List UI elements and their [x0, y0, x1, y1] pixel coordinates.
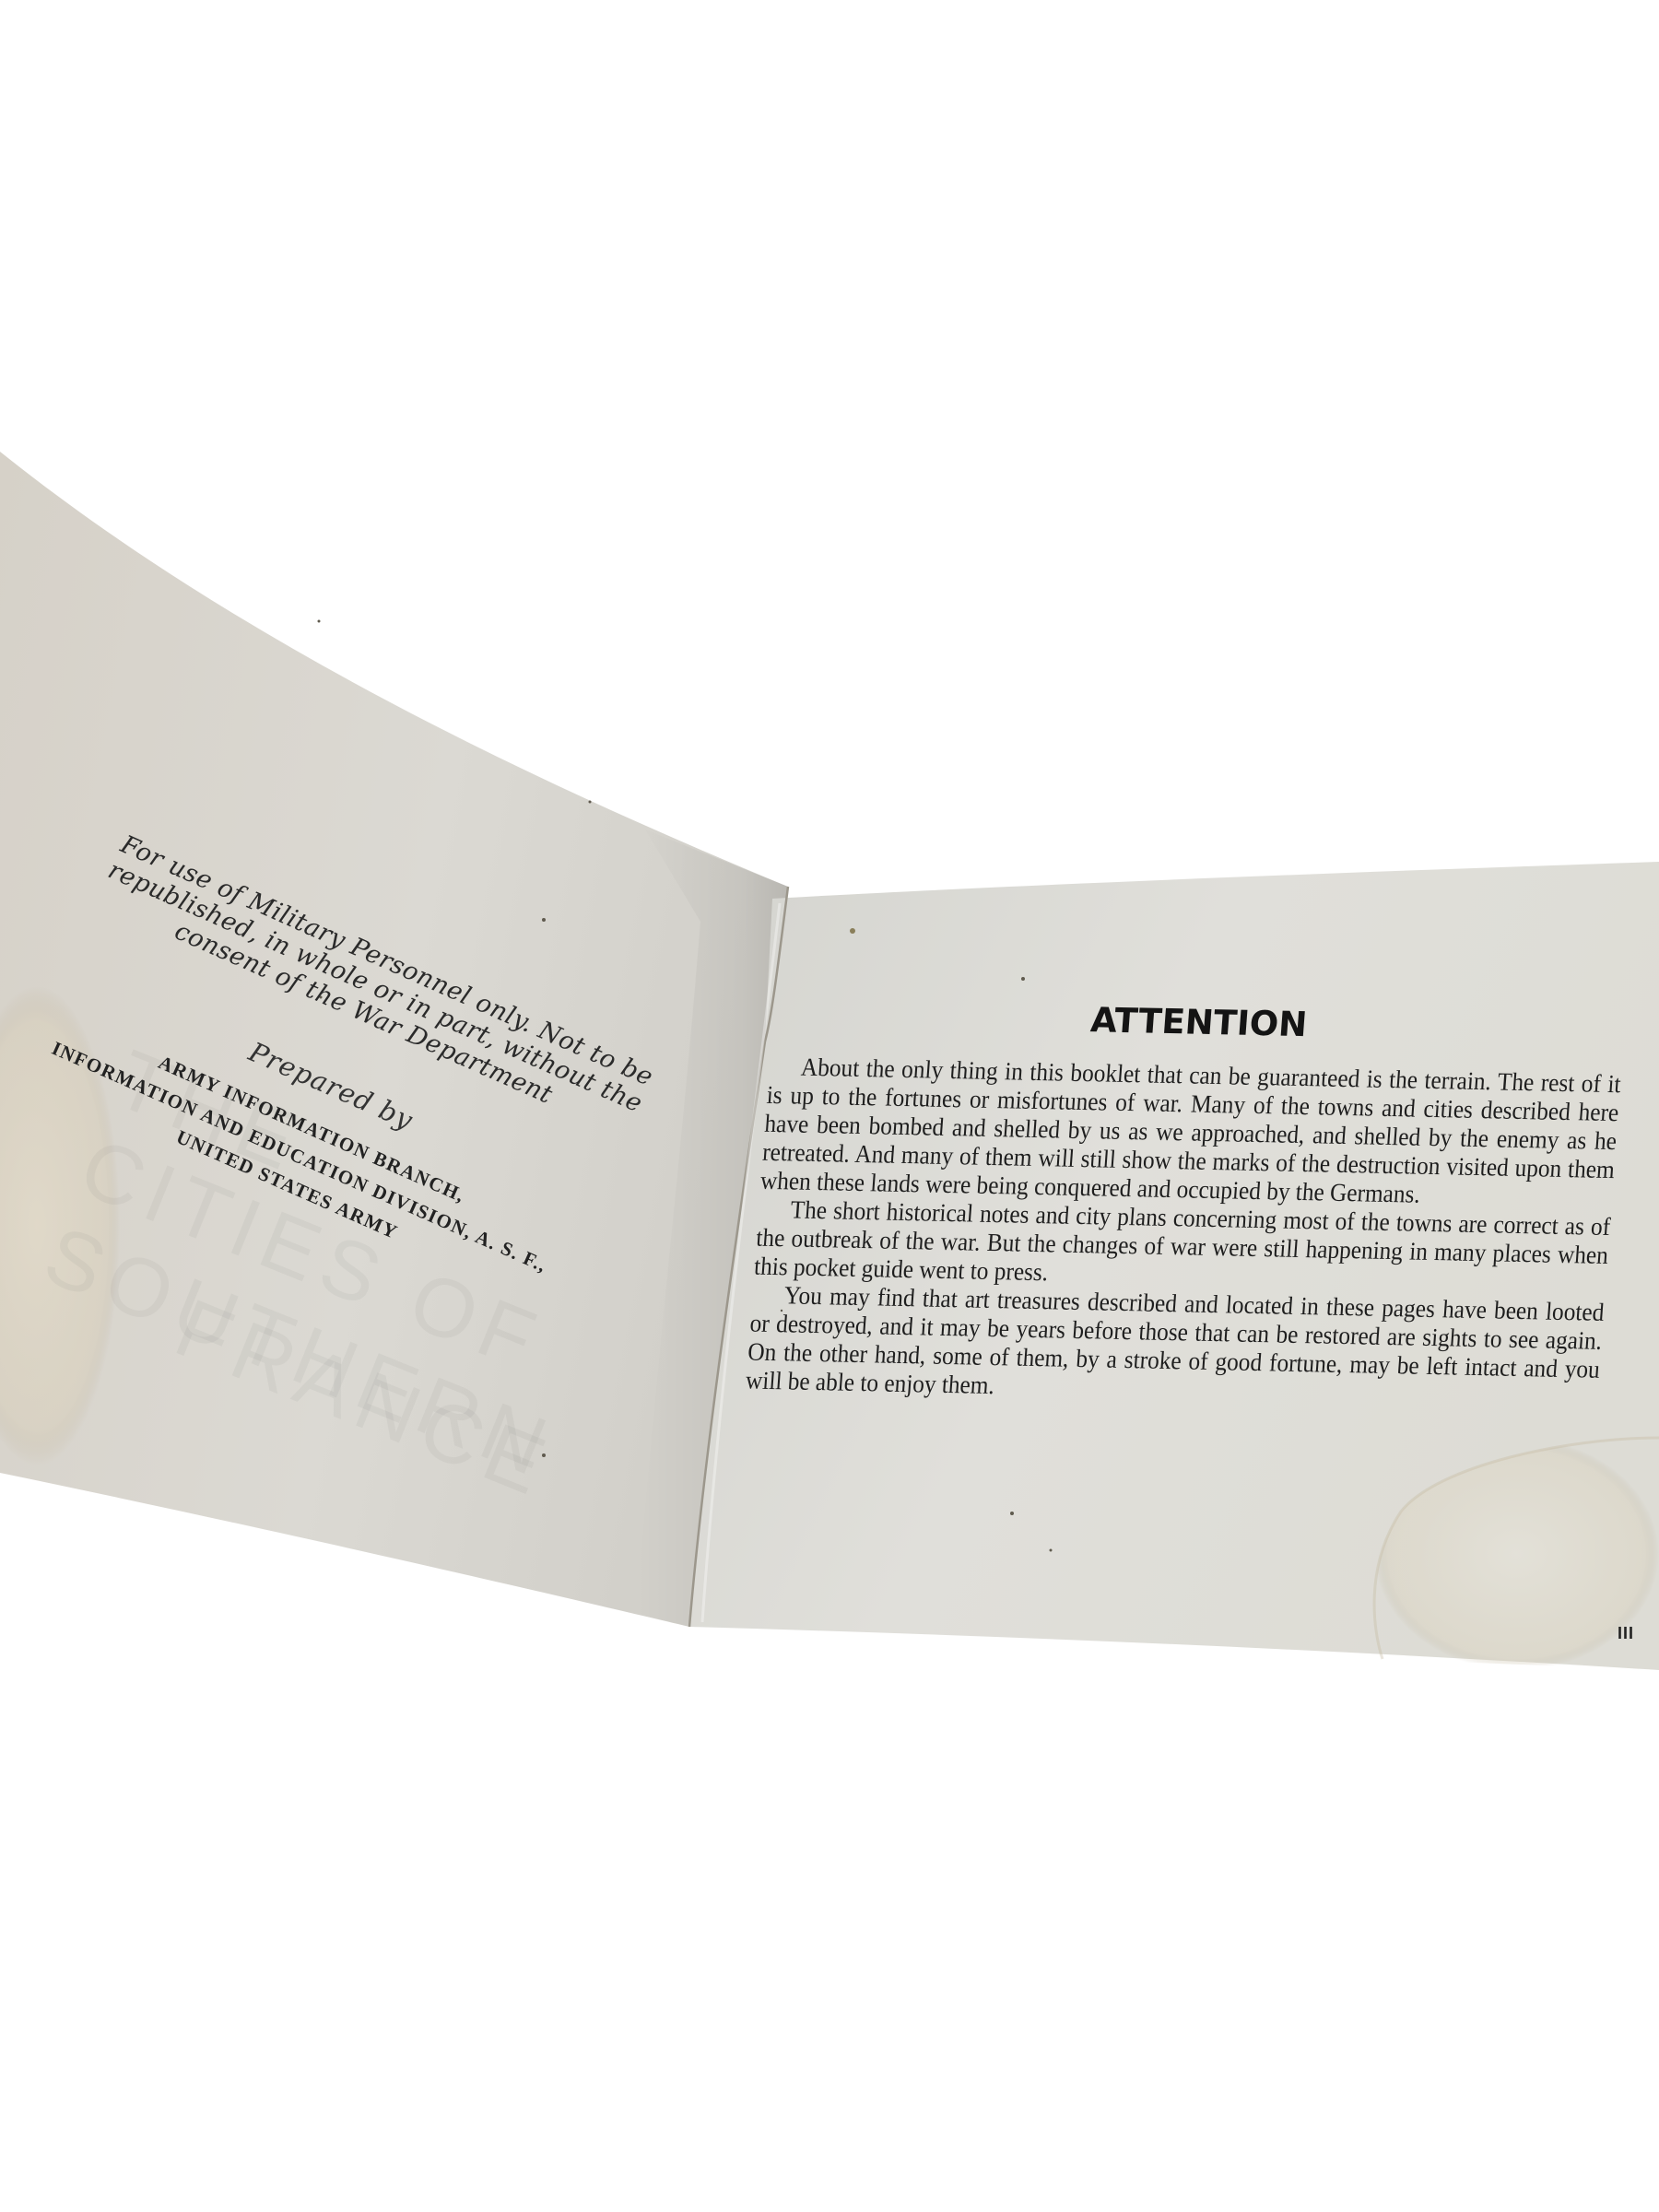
paragraph-3: You may find that art treasures describe… — [745, 1280, 1605, 1412]
right-page-text-block: ATTENTION About the only thing in this b… — [745, 994, 1627, 1412]
page-number: III — [1618, 1624, 1634, 1643]
paragraph-1: About the only thing in this booklet tha… — [759, 1052, 1622, 1212]
